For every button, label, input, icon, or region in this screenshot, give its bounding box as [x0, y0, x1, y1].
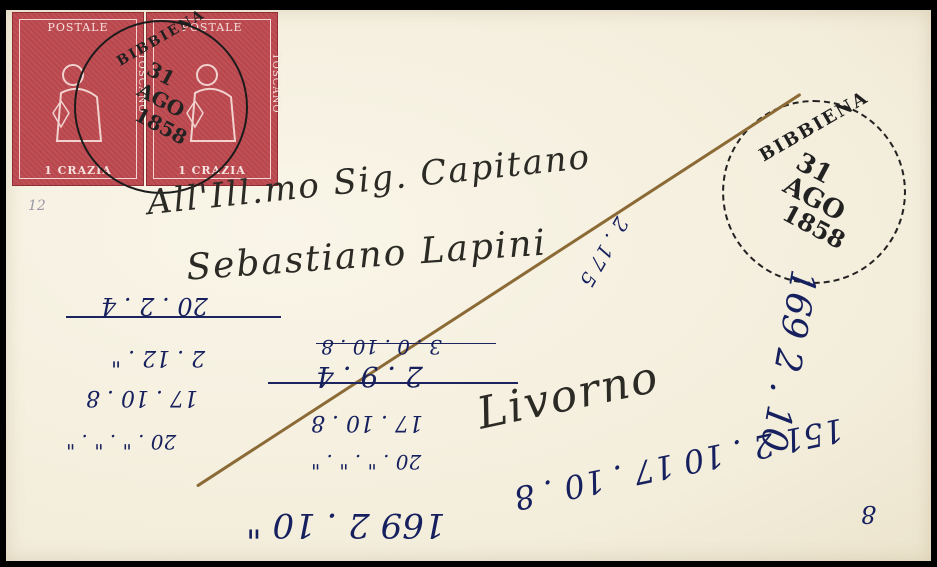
- inverted-figure: 2 . 17 5: [575, 213, 634, 291]
- inverted-figure: 20 . 2 . 4: [101, 292, 208, 320]
- inverted-figure: 3 . 0 . 10 . 8: [321, 335, 442, 359]
- inverted-figure: 8: [861, 500, 876, 528]
- address-line-2: Sebastiano Lapini: [185, 222, 548, 288]
- pencil-note: 12: [28, 198, 46, 214]
- postmark-small: BIBBIENA 31 AGO 1858: [74, 20, 248, 194]
- inverted-figure: 17 . 10 . 8: [311, 410, 423, 435]
- inverted-figure: 17 . 10 . 8: [86, 385, 198, 410]
- inverted-figure: 169 2 . 10 ": [246, 505, 445, 545]
- inverted-figure: 20 . " . " . ": [311, 450, 421, 474]
- inverted-figure: 2 . 9 . 4: [316, 360, 423, 393]
- inverted-figure: 2 . 12 . ": [111, 345, 205, 370]
- postal-cover: POSTALE TOSCANO 1 CRAZIA POSTALE TOSCANO…: [6, 10, 931, 561]
- address-line-3: Livorno: [473, 351, 664, 439]
- stamp-right-inscription: TOSCANO: [270, 53, 281, 114]
- inverted-figure: 20 . " . " . ": [66, 430, 176, 454]
